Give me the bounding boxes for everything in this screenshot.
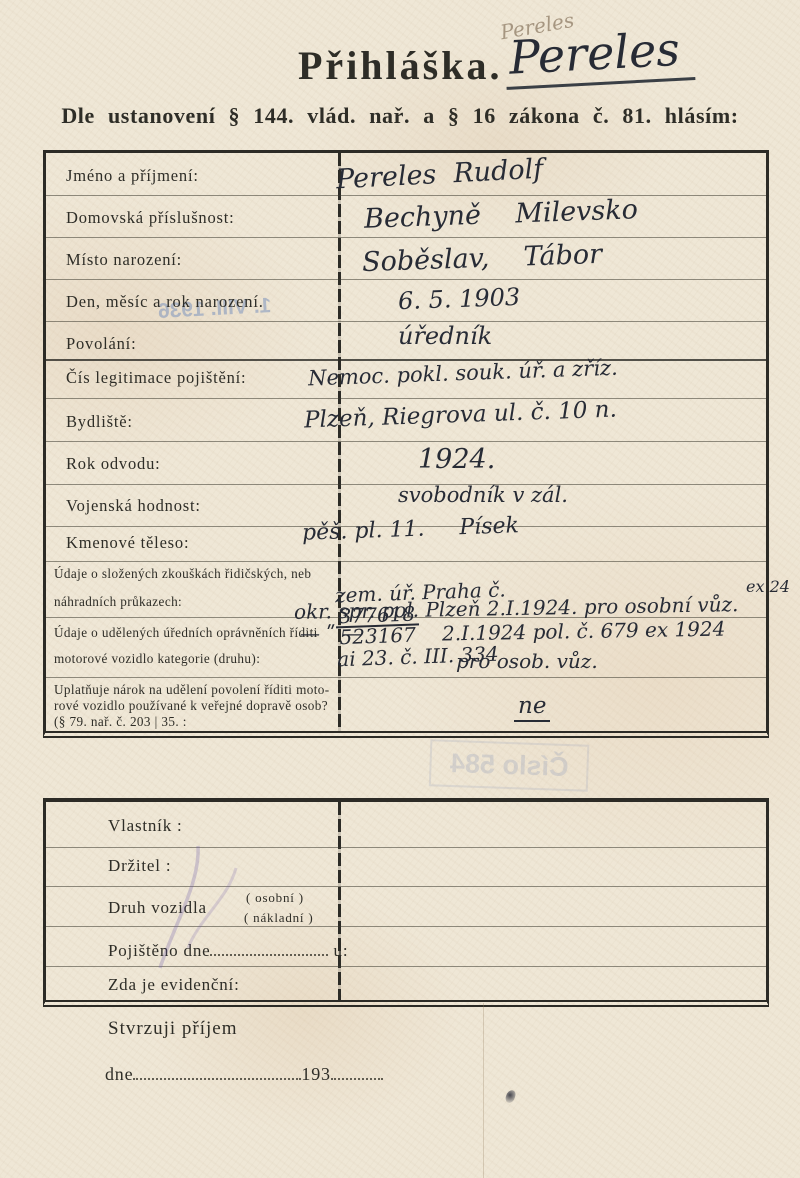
label-draft-year: Rok odvodu: [66, 454, 161, 474]
value-residence: Plzeň, Riegrova ul. č. 10 n. [304, 397, 618, 434]
scanned-registration-form: Pereles Přihláška. Pereles Dle ustanoven… [0, 0, 800, 1178]
row-line [46, 279, 766, 280]
paper-crease [483, 1003, 484, 1178]
label-unit: Kmenové těleso: [66, 533, 189, 553]
footer-date-line: dne193 [105, 1064, 383, 1085]
value-birthdate: 6. 5. 1903 [398, 283, 521, 315]
value-permits-line2: pro osob. vůz. [456, 649, 598, 673]
value-domicile: Bechyně Milevsko [364, 194, 639, 235]
value-exams-small: ex 24 [746, 577, 790, 596]
value-claim-answer: ne [514, 693, 550, 722]
value-birthplace: Soběslav, Tábor [362, 239, 603, 278]
section-line [46, 359, 766, 361]
value-permits-ditto: — ʺ — [300, 621, 362, 645]
label-occupation: Povolání: [66, 334, 136, 354]
footer-date-prefix: dne [105, 1064, 133, 1084]
label-registered: Zda je evidenční: [108, 975, 240, 995]
label-rank: Vojenská hodnost: [66, 496, 201, 516]
dotted-leader [133, 1064, 301, 1080]
row-line [46, 195, 766, 196]
form-subtitle: Dle ustanovení § 144. vlád. nař. a § 16 … [37, 103, 763, 129]
footer-year-prefix: 193 [301, 1064, 330, 1084]
page-title: Přihláška. [298, 42, 502, 89]
value-draft-year: 1924. [418, 444, 495, 475]
value-name: Pereles Rudolf [335, 154, 544, 196]
label-residence: Bydliště: [66, 412, 133, 432]
label-insurance: Čís legitimace pojištění: [66, 368, 246, 388]
label-exams-2: náhradních průkazech: [54, 594, 182, 610]
label-birthplace: Místo narození: [66, 250, 182, 270]
row-line [46, 398, 766, 399]
number-stamp-mirrored: Číslo 584 [429, 739, 589, 792]
label-permits-1: Údaje o udělených úředních oprávněních ř… [54, 625, 318, 641]
dotted-leader [331, 1064, 383, 1080]
label-permits-2: motorové vozidlo kategorie (druhu): [54, 651, 260, 667]
row-line [46, 441, 766, 442]
column-divider [338, 802, 341, 1000]
label-domicile: Domovská příslušnost: [66, 208, 235, 228]
value-occupation: úředník [398, 322, 492, 350]
value-permits-line1: 2.I.1924 pol. č. 679 ex 1924 [442, 617, 726, 646]
label-name: Jméno a příjmení: [66, 166, 199, 186]
label-claim-1: Uplatňuje nárok na udělení povolení řídi… [54, 682, 330, 698]
value-unit: pěš. pl. 11. Písek [302, 513, 520, 546]
label-claim-2: rové vozidlo používané k veřejné dopravě… [54, 698, 328, 714]
value-rank: svobodník v zál. [398, 483, 568, 507]
handwritten-surname: Pereles [504, 21, 696, 90]
receipt-confirmation: Stvrzuji příjem [108, 1018, 238, 1040]
label-exams-1: Údaje o složených zkouškách řidičských, … [54, 566, 311, 582]
row-line [46, 237, 766, 238]
label-claim-3: (§ 79. nař. č. 203 | 35. : [54, 714, 187, 730]
insured-at-text: u: [334, 941, 349, 960]
ink-blot [504, 1089, 516, 1104]
ink-bleedthrough-marks [140, 828, 280, 978]
main-table: Jméno a příjmení: Domovská příslušnost: … [43, 150, 769, 738]
label-birthdate: Den, měsíc a rok narození. [66, 292, 264, 312]
